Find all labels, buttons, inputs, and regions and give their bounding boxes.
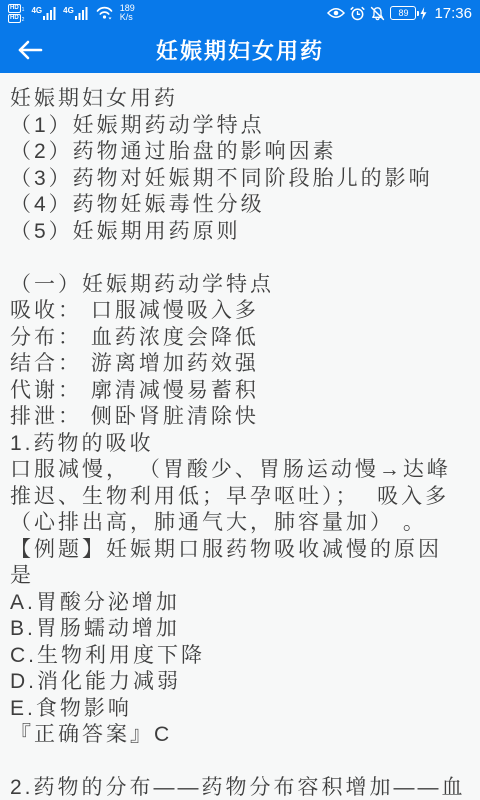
hd-badge-sub: 2 xyxy=(22,18,25,23)
speed-unit: K/s xyxy=(120,13,133,22)
text-line: B.胃肠蠕动增加 xyxy=(10,616,472,643)
battery-icon: 89 xyxy=(390,6,427,20)
status-bar-right: 89 17:36 xyxy=(327,5,472,22)
text-line: C.生物利用度下降 xyxy=(10,643,472,670)
hd-badge-label: HD xyxy=(8,4,21,13)
hd-icon: HD 2 xyxy=(8,14,24,23)
text-line: 排泄： 侧卧肾脏清除快 xyxy=(10,404,472,431)
text-line: 口服减慢， （胃酸少、胃肠运动慢→达峰 xyxy=(10,457,472,484)
wifi-icon xyxy=(96,6,113,20)
text-line: A.胃酸分泌增加 xyxy=(10,590,472,617)
text-line: （3）药物对妊娠期不同阶段胎儿的影响 xyxy=(10,166,472,193)
battery-level: 89 xyxy=(390,6,416,20)
text-line: 结合： 游离增加药效强 xyxy=(10,351,472,378)
back-button[interactable] xyxy=(14,34,46,66)
text-line: 【例题】妊娠期口服药物吸收减慢的原因 xyxy=(10,537,472,564)
network-type-label: 4G xyxy=(31,7,42,15)
sim2-signal: 4G xyxy=(63,7,88,20)
text-line: E.食物影响 xyxy=(10,696,472,723)
text-line: 分布： 血药浓度会降低 xyxy=(10,325,472,352)
text-line: （心排出高，肺通气大，肺容量加） 。 xyxy=(10,510,472,537)
text-line: 吸收： 口服减慢吸入多 xyxy=(10,298,472,325)
clock-time: 17:36 xyxy=(434,5,472,22)
page-title: 妊娠期妇女用药 xyxy=(156,34,324,65)
hd-badge-sub: 1 xyxy=(22,8,25,13)
bell-muted-icon xyxy=(370,6,385,21)
lesson-text-scroll-area[interactable]: 妊娠期妇女用药（1）妊娠期药动学特点（2）药物通过胎盘的影响因素（3）药物对妊娠… xyxy=(0,73,480,800)
text-line: 『正确答案』C xyxy=(10,722,472,749)
app-bar: 妊娠期妇女用药 xyxy=(0,26,480,73)
status-bar: HD 1 HD 2 4G xyxy=(0,0,480,26)
text-line: 推迟、生物利用低；早孕呕吐）； 吸入多 xyxy=(10,484,472,511)
alarm-clock-icon xyxy=(350,6,365,21)
charging-bolt-icon xyxy=(420,7,427,20)
battery-nub xyxy=(417,11,419,16)
text-line: （4）药物妊娠毒性分级 xyxy=(10,192,472,219)
text-line xyxy=(10,749,472,776)
hd-icon: HD 1 xyxy=(8,4,24,13)
text-line: 妊娠期妇女用药 xyxy=(10,86,472,113)
text-line: （1）妊娠期药动学特点 xyxy=(10,113,472,140)
signal-bars-icon xyxy=(75,7,88,20)
phone-screen: HD 1 HD 2 4G xyxy=(0,0,480,800)
text-line: 2.药物的分布——药物分布容积增加——血 xyxy=(10,775,472,800)
arrow-left-icon xyxy=(17,39,43,61)
text-line: D.消化能力减弱 xyxy=(10,669,472,696)
status-bar-left: HD 1 HD 2 4G xyxy=(8,4,135,23)
eye-icon xyxy=(327,7,345,19)
text-line: （一）妊娠期药动学特点 xyxy=(10,272,472,299)
network-speed: 189 K/s xyxy=(120,4,135,22)
hd-badge-label: HD xyxy=(8,14,21,23)
network-type-label: 4G xyxy=(63,7,74,15)
text-line: （5）妊娠期用药原则 xyxy=(10,219,472,246)
volte-hd-icons: HD 1 HD 2 xyxy=(8,4,24,23)
text-line: 是 xyxy=(10,563,472,590)
text-line: 1.药物的吸收 xyxy=(10,431,472,458)
text-line xyxy=(10,245,472,272)
text-line: 代谢： 廓清减慢易蓄积 xyxy=(10,378,472,405)
sim1-signal: 4G xyxy=(31,7,56,20)
signal-bars-icon xyxy=(43,7,56,20)
text-line: （2）药物通过胎盘的影响因素 xyxy=(10,139,472,166)
